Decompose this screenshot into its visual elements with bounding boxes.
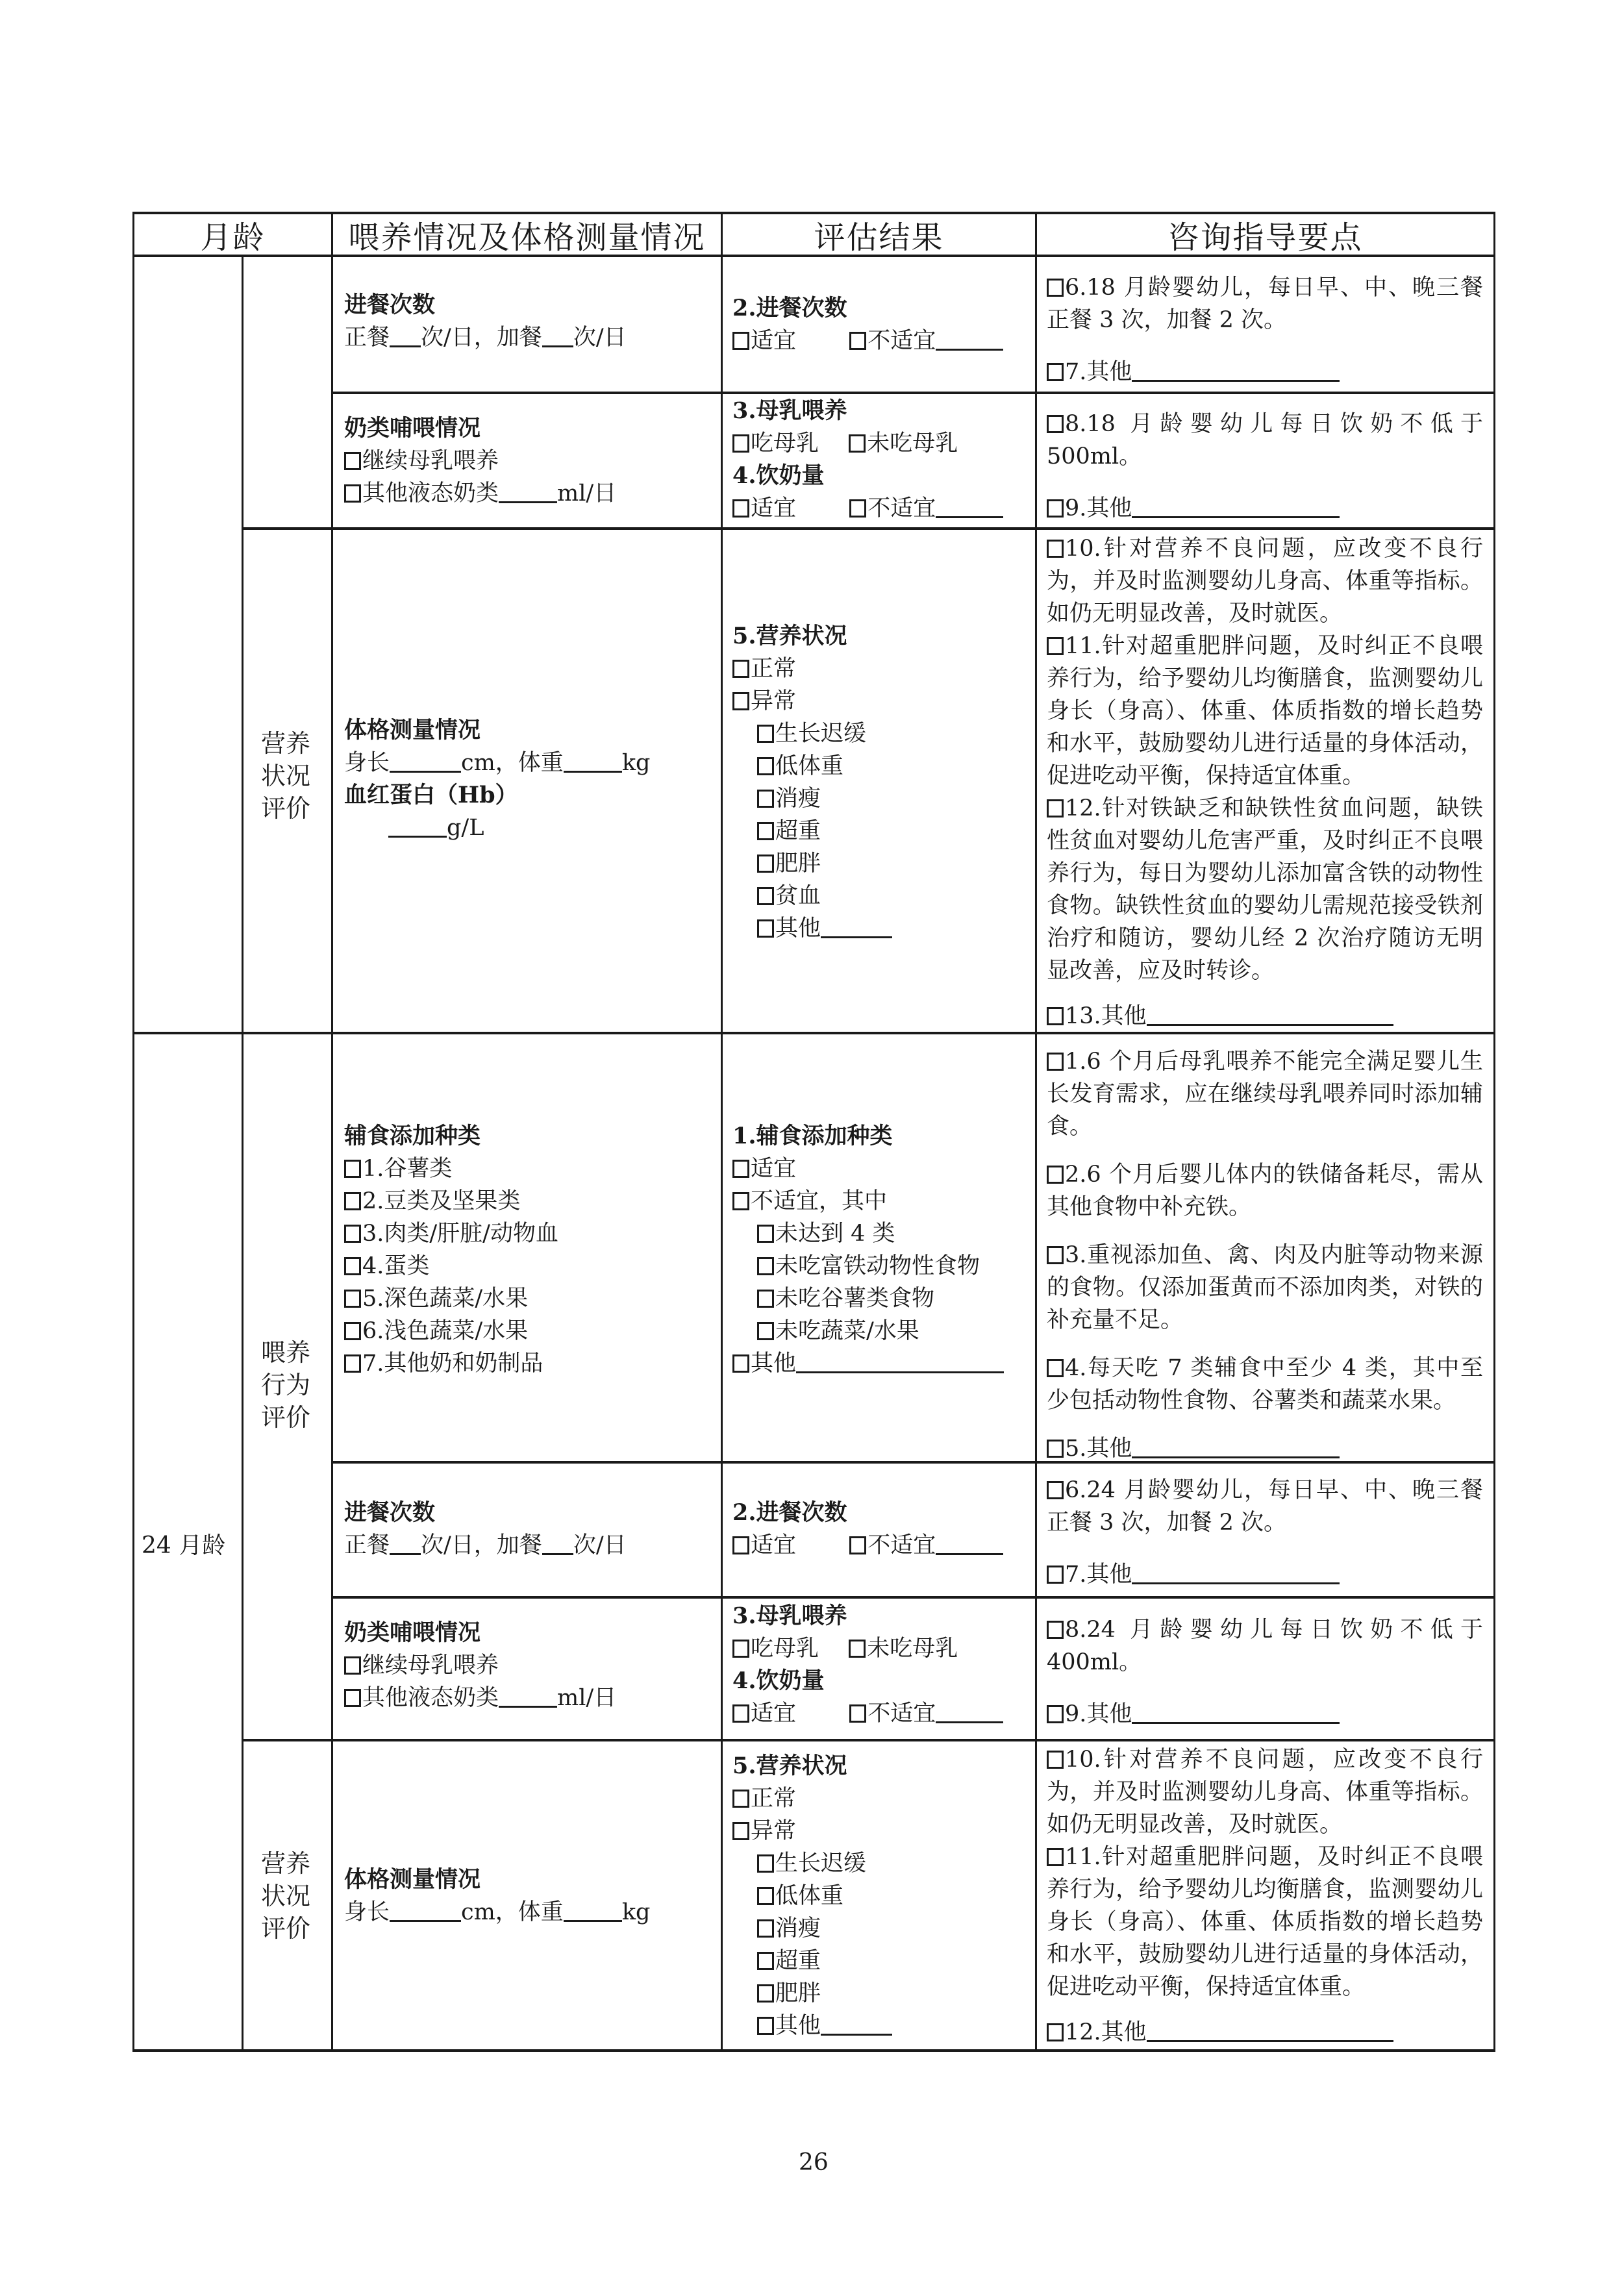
option-label: 7.其他奶和奶制品 [362, 1351, 543, 1377]
col-divider [331, 212, 333, 2052]
guide-nutrition-18: 10.针对营养不良问题，应改变不良行为，并及时监测婴幼儿身高、体重等指标。如仍无… [1047, 532, 1483, 1032]
checkbox[interactable] [757, 1984, 774, 2003]
guidance-text: 11.针对超重肥胖问题，及时纠正不良喂养行为，给予婴幼儿均衡膳食，监测婴幼儿身长… [1047, 633, 1483, 789]
guidance-text: 10.针对营养不良问题，应改变不良行为，并及时监测婴幼儿身高、体重等指标。如仍无… [1047, 536, 1483, 627]
option-label: 适宜 [751, 1156, 796, 1182]
section-title: 体格测量情况 [344, 1864, 714, 1896]
option-label: 继续母乳喂养 [362, 448, 499, 474]
option-label: 4.蛋类 [362, 1253, 429, 1279]
option-label: 2.豆类及坚果类 [362, 1188, 520, 1214]
label-line: 评价 [256, 1912, 315, 1945]
checkbox[interactable] [732, 1536, 749, 1554]
option-label: 异常 [751, 1818, 796, 1844]
checkbox[interactable] [1047, 415, 1064, 433]
section-title: 辅食添加种类 [344, 1120, 714, 1153]
checkbox[interactable] [344, 1290, 361, 1308]
label-line: 评价 [256, 792, 315, 825]
nutrition-label-18: 营养 状况 评价 [256, 727, 315, 825]
option-label: 贫血 [775, 883, 821, 909]
checkbox[interactable] [344, 1656, 361, 1675]
checkbox[interactable] [1047, 1751, 1064, 1769]
reason-field[interactable] [936, 497, 1003, 518]
checkbox[interactable] [1047, 1481, 1064, 1499]
checkbox[interactable] [732, 1192, 749, 1210]
section-title: 奶类哺喂情况 [344, 412, 714, 445]
option-label: 3.肉类/肝脏/动物血 [362, 1221, 558, 1247]
option-label: 超重 [775, 1948, 821, 1974]
label: 正餐 [344, 325, 390, 351]
feeding-nutrition-24: 体格测量情况 身长cm，体重kg [344, 1864, 714, 1928]
guidance-text: 1.6 个月后母乳喂养不能完全满足婴儿生长发育需求，应在继续母乳喂养同时添加辅食… [1047, 1049, 1483, 1140]
feeding-complementary-24: 辅食添加种类 1.谷薯类 2.豆类及坚果类 3.肉类/肝脏/动物血 4.蛋类 5… [344, 1120, 714, 1380]
checkbox[interactable] [757, 822, 774, 840]
option-label: 5.其他 [1065, 1436, 1132, 1462]
row-divider [242, 527, 1495, 530]
checkbox[interactable] [849, 1536, 866, 1554]
reason-field[interactable] [936, 329, 1003, 351]
other-field[interactable] [1147, 2021, 1393, 2042]
option-label: 生长迟缓 [775, 1851, 866, 1877]
table-left-border [132, 212, 134, 2052]
label: 次/日，加餐 [421, 325, 542, 351]
guidance-text: 6.18 月龄婴幼儿，每日早、中、晚三餐正餐 3 次，加餐 2 次。 [1047, 275, 1483, 333]
other-field[interactable] [1132, 497, 1340, 518]
option-label: 12.其他 [1065, 2019, 1147, 2045]
checkbox[interactable] [1047, 1440, 1064, 1458]
guidance-text: 4.每天吃 7 类辅食中至少 4 类，其中至少包括动物性食物、谷薯类和蔬菜水果。 [1047, 1355, 1483, 1414]
section-title: 5.营养状况 [732, 1750, 1031, 1782]
result-milk-18: 3.母乳喂养 吃母乳 未吃母乳 4.饮奶量 适宜 不适宜 [732, 395, 1031, 525]
section-title: 3.母乳喂养 [732, 395, 1031, 427]
option-label: 消瘦 [775, 1915, 821, 1941]
guidance-text: 2.6 个月后婴儿体内的铁储备耗尽，需从其他食物中补充铁。 [1047, 1162, 1483, 1220]
checkbox[interactable] [1047, 1621, 1064, 1639]
checkbox[interactable] [1047, 1848, 1064, 1866]
option-label: 肥胖 [775, 851, 821, 877]
option-label: 其他液态奶类 [362, 480, 499, 506]
option-label: 未吃蔬菜/水果 [775, 1318, 919, 1344]
option-label: 13.其他 [1065, 1003, 1147, 1029]
unit: ml/日 [557, 1685, 616, 1711]
checkbox[interactable] [1047, 1053, 1064, 1071]
checkbox[interactable] [732, 1640, 749, 1658]
meals-input-line: 正餐次/日，加餐次/日 [344, 321, 714, 354]
checkbox[interactable] [344, 1322, 361, 1340]
option-label: 7.其他 [1065, 1562, 1132, 1588]
label-line: 状况 [256, 760, 315, 792]
result-meals-24: 2.进餐次数 适宜 不适宜 [732, 1497, 1031, 1562]
checkbox[interactable] [732, 332, 749, 350]
height-field[interactable] [390, 1901, 461, 1922]
checkbox[interactable] [757, 1290, 774, 1308]
option-label: 不适宜 [868, 1532, 936, 1558]
checkbox[interactable] [1047, 637, 1064, 655]
checkbox[interactable] [732, 692, 749, 710]
option-label: 适宜 [751, 495, 796, 521]
nutrition-label-24: 营养 状况 评价 [256, 1847, 315, 1945]
checkbox[interactable] [1047, 799, 1064, 817]
col-divider [721, 212, 723, 2052]
feeding-meals-24: 进餐次数 正餐次/日，加餐次/日 [344, 1497, 714, 1562]
checkbox[interactable] [732, 660, 749, 678]
label-line: 营养 [256, 727, 315, 760]
unit: ml/日 [557, 480, 616, 506]
checkbox[interactable] [849, 1704, 866, 1723]
label: 次/日 [573, 1532, 627, 1558]
other-field[interactable] [1147, 1004, 1393, 1026]
option-label: 吃母乳 [751, 1636, 819, 1662]
option-label: 不适宜，其中 [751, 1188, 887, 1214]
unit: kg [622, 750, 651, 776]
section-title: 4.饮奶量 [732, 460, 1031, 492]
section-title: 4.饮奶量 [732, 1665, 1031, 1697]
label-line: 行为 [256, 1369, 315, 1401]
checkbox[interactable] [757, 887, 774, 905]
checkbox[interactable] [1047, 1566, 1064, 1584]
option-label: 不适宜 [868, 328, 936, 354]
page-number: 26 [799, 2149, 829, 2176]
option-label: 正常 [751, 656, 796, 682]
checkbox[interactable] [757, 1887, 774, 1905]
other-field[interactable] [1132, 360, 1340, 382]
checkbox[interactable] [849, 332, 866, 350]
checkbox[interactable] [732, 1822, 749, 1840]
snack-count-field[interactable] [542, 1534, 573, 1555]
section-title: 5.营养状况 [732, 620, 1031, 653]
option-label: 正常 [751, 1786, 796, 1812]
checkbox[interactable] [1047, 1166, 1064, 1184]
guide-nutrition-24: 10.针对营养不良问题，应改变不良行为，并及时监测婴幼儿身高、体重等指标。如仍无… [1047, 1743, 1483, 2049]
checkbox[interactable] [732, 1354, 749, 1373]
checkbox[interactable] [1047, 279, 1064, 297]
reason-field[interactable] [936, 1534, 1003, 1555]
checkbox[interactable] [757, 1322, 774, 1340]
hb-field[interactable] [388, 816, 447, 838]
checkbox[interactable] [849, 499, 866, 518]
checkbox[interactable] [732, 1704, 749, 1723]
guide-milk-24: 8.24 月龄婴幼儿每日饮奶不低于 400ml。 9.其他 [1047, 1614, 1483, 1730]
option-label: 生长迟缓 [775, 721, 866, 747]
table-right-border [1493, 212, 1495, 2052]
guidance-text: 6.24 月龄婴幼儿，每日早、中、晚三餐正餐 3 次，加餐 2 次。 [1047, 1477, 1483, 1536]
checkbox[interactable] [1047, 1007, 1064, 1025]
option-label: 吃母乳 [751, 430, 819, 456]
checkbox[interactable] [1047, 1705, 1064, 1723]
row-divider [331, 1596, 1495, 1599]
option-label: 未吃谷薯类食物 [775, 1286, 934, 1312]
checkbox[interactable] [1047, 1246, 1064, 1264]
guide-meals-18: 6.18 月龄婴幼儿，每日早、中、晚三餐正餐 3 次，加餐 2 次。 7.其他 [1047, 271, 1483, 388]
section-title: 进餐次数 [344, 1497, 714, 1529]
row-divider [331, 392, 1495, 394]
option-label: 其他 [775, 2013, 821, 2039]
header-result: 评估结果 [723, 214, 1035, 255]
label-line: 评价 [256, 1401, 315, 1434]
behavior-label-24: 喂养 行为 评价 [256, 1336, 315, 1434]
other-field[interactable] [821, 2014, 892, 2036]
option-label: 超重 [775, 818, 821, 844]
result-complementary-24: 1.辅食添加种类 适宜 不适宜，其中 未达到 4 类 未吃富铁动物性食物 未吃谷… [732, 1120, 1031, 1380]
checkbox[interactable] [757, 725, 774, 743]
option-label: 未吃富铁动物性食物 [775, 1253, 980, 1279]
other-field[interactable] [1132, 1563, 1340, 1584]
label: 正餐 [344, 1532, 390, 1558]
checkbox[interactable] [732, 434, 749, 453]
option-label: 9.其他 [1065, 1701, 1132, 1727]
guidance-text: 3.重视添加鱼、禽、肉及内脏等动物来源的食物。仅添加蛋黄而不添加肉类，对铁的补充… [1047, 1242, 1483, 1333]
checkbox[interactable] [757, 2017, 774, 2035]
label-line: 状况 [256, 1880, 315, 1912]
option-label: 适宜 [751, 328, 796, 354]
option-label: 未吃母乳 [867, 430, 958, 456]
main-meal-count-field[interactable] [390, 1534, 421, 1555]
checkbox[interactable] [1047, 499, 1064, 518]
checkbox[interactable] [344, 1354, 361, 1373]
result-nutrition-24: 5.营养状况 正常 异常 生长迟缓 低体重 消瘦 超重 肥胖 其他 [732, 1750, 1031, 2042]
label: cm，体重 [461, 750, 564, 776]
checkbox[interactable] [757, 1225, 774, 1243]
other-field[interactable] [1132, 1437, 1340, 1458]
checkbox[interactable] [344, 1257, 361, 1275]
option-label: 9.其他 [1065, 495, 1132, 521]
option-label: 肥胖 [775, 1980, 821, 2006]
age-sub-divider [242, 255, 243, 2052]
weight-field[interactable] [564, 1901, 622, 1922]
checkbox[interactable] [344, 1225, 361, 1243]
section-title: 体格测量情况 [344, 714, 714, 747]
option-label: 适宜 [751, 1701, 796, 1727]
milk-volume-field[interactable] [499, 482, 557, 503]
option-label: 低体重 [775, 1883, 843, 1909]
option-label: 继续母乳喂养 [362, 1653, 499, 1678]
guide-milk-18: 8.18 月龄婴幼儿每日饮奶不低于 500ml。 9.其他 [1047, 408, 1483, 525]
row-divider [242, 1739, 1495, 1741]
guidance-text: 8.18 月龄婴幼儿每日饮奶不低于 500ml。 [1047, 411, 1483, 469]
option-label: 其他 [751, 1351, 796, 1377]
checkbox[interactable] [1047, 540, 1064, 558]
result-milk-24: 3.母乳喂养 吃母乳 未吃母乳 4.饮奶量 适宜 不适宜 [732, 1600, 1031, 1730]
guide-complementary-24: 1.6 个月后母乳喂养不能完全满足婴儿生长发育需求，应在继续母乳喂养同时添加辅食… [1047, 1045, 1483, 1465]
checkbox[interactable] [732, 1160, 749, 1178]
section-title: 1.辅食添加种类 [732, 1120, 1031, 1153]
option-label: 1.谷薯类 [362, 1156, 452, 1182]
label: cm，体重 [461, 1899, 564, 1925]
option-label: 未达到 4 类 [775, 1221, 895, 1247]
checkbox[interactable] [849, 434, 866, 453]
section-title: 奶类哺喂情况 [344, 1617, 714, 1649]
checkbox[interactable] [732, 499, 749, 518]
checkbox[interactable] [757, 1854, 774, 1873]
milk-volume-field[interactable] [499, 1686, 557, 1708]
other-field[interactable] [821, 917, 892, 938]
option-label: 5.深色蔬菜/水果 [362, 1286, 528, 1312]
option-label: 异常 [751, 688, 796, 714]
guidance-text: 10.针对营养不良问题，应改变不良行为，并及时监测婴幼儿身高、体重等指标。如仍无… [1047, 1747, 1483, 1838]
other-field[interactable] [1132, 1703, 1340, 1724]
label: 次/日 [573, 325, 627, 351]
option-label: 7.其他 [1065, 359, 1132, 385]
checkbox[interactable] [757, 757, 774, 775]
checkbox[interactable] [1047, 2023, 1064, 2041]
feeding-nutrition-18: 体格测量情况 身长cm，体重kg 血红蛋白（Hb） g/L [344, 714, 714, 844]
label: 次/日，加餐 [421, 1532, 542, 1558]
hb-label: 血红蛋白（Hb） [344, 779, 714, 812]
checkbox[interactable] [757, 1257, 774, 1275]
label: 身长 [344, 1899, 390, 1925]
checkbox[interactable] [344, 1689, 361, 1707]
checkbox[interactable] [757, 919, 774, 938]
header-guidance: 咨询指导要点 [1037, 214, 1493, 255]
checkbox[interactable] [344, 1192, 361, 1210]
guidance-text: 11.针对超重肥胖问题，及时纠正不良喂养行为，给予婴幼儿均衡膳食，监测婴幼儿身长… [1047, 1844, 1483, 2000]
guidance-text: 12.针对铁缺乏和缺铁性贫血问题，缺铁性贫血对婴幼儿危害严重，及时纠正不良喂养行… [1047, 795, 1483, 984]
height-field[interactable] [390, 751, 461, 773]
option-label: 不适宜 [868, 1701, 936, 1727]
option-label: 消瘦 [775, 786, 821, 812]
section-title: 2.进餐次数 [732, 292, 1031, 325]
result-meals-18: 2.进餐次数 适宜 不适宜 [732, 292, 1031, 357]
label: 身长 [344, 750, 390, 776]
checkbox[interactable] [344, 1160, 361, 1178]
unit: g/L [447, 815, 484, 841]
checkbox[interactable] [1047, 1359, 1064, 1377]
label-line: 营养 [256, 1847, 315, 1880]
guidance-text: 8.24 月龄婴幼儿每日饮奶不低于 400ml。 [1047, 1617, 1483, 1675]
checkbox[interactable] [1047, 363, 1064, 381]
option-label: 未吃母乳 [867, 1636, 958, 1662]
checkbox[interactable] [757, 855, 774, 873]
feeding-milk-18: 奶类哺喂情况 继续母乳喂养 其他液态奶类ml/日 [344, 412, 714, 510]
checkbox[interactable] [757, 1952, 774, 1970]
feeding-milk-24: 奶类哺喂情况 继续母乳喂养 其他液态奶类ml/日 [344, 1617, 714, 1714]
main-meal-count-field[interactable] [390, 326, 421, 347]
header-age: 月龄 [134, 214, 331, 255]
option-label: 低体重 [775, 753, 843, 779]
option-label: 适宜 [751, 1532, 796, 1558]
feeding-meals-18: 进餐次数 正餐次/日，加餐次/日 [344, 289, 714, 354]
col-divider [1035, 212, 1037, 2052]
section-title: 3.母乳喂养 [732, 1600, 1031, 1632]
option-label: 6.浅色蔬菜/水果 [362, 1318, 528, 1344]
checkbox[interactable] [732, 1790, 749, 1808]
checkbox[interactable] [344, 452, 361, 470]
section-title: 进餐次数 [344, 289, 714, 321]
option-label: 不适宜 [868, 495, 936, 521]
option-label: 其他液态奶类 [362, 1685, 499, 1711]
checkbox[interactable] [344, 484, 361, 503]
checkbox[interactable] [849, 1640, 866, 1658]
table-bottom-border [132, 2049, 1495, 2052]
checkbox[interactable] [757, 790, 774, 808]
snack-count-field[interactable] [542, 326, 573, 347]
label-line: 喂养 [256, 1336, 315, 1369]
checkbox[interactable] [757, 1919, 774, 1938]
age-label-24: 24 月龄 [142, 1530, 239, 1562]
reason-field[interactable] [936, 1702, 1003, 1723]
guide-meals-24: 6.24 月龄婴幼儿，每日早、中、晚三餐正餐 3 次，加餐 2 次。 7.其他 [1047, 1474, 1483, 1591]
header-feeding: 喂养情况及体格测量情况 [333, 214, 721, 255]
option-label: 其他 [775, 916, 821, 942]
unit: kg [622, 1899, 651, 1925]
weight-field[interactable] [564, 751, 622, 773]
other-field[interactable] [796, 1352, 1004, 1373]
result-nutrition-18: 5.营养状况 正常 异常 生长迟缓 低体重 消瘦 超重 肥胖 贫血 其他 [732, 620, 1031, 945]
section-title: 2.进餐次数 [732, 1497, 1031, 1529]
